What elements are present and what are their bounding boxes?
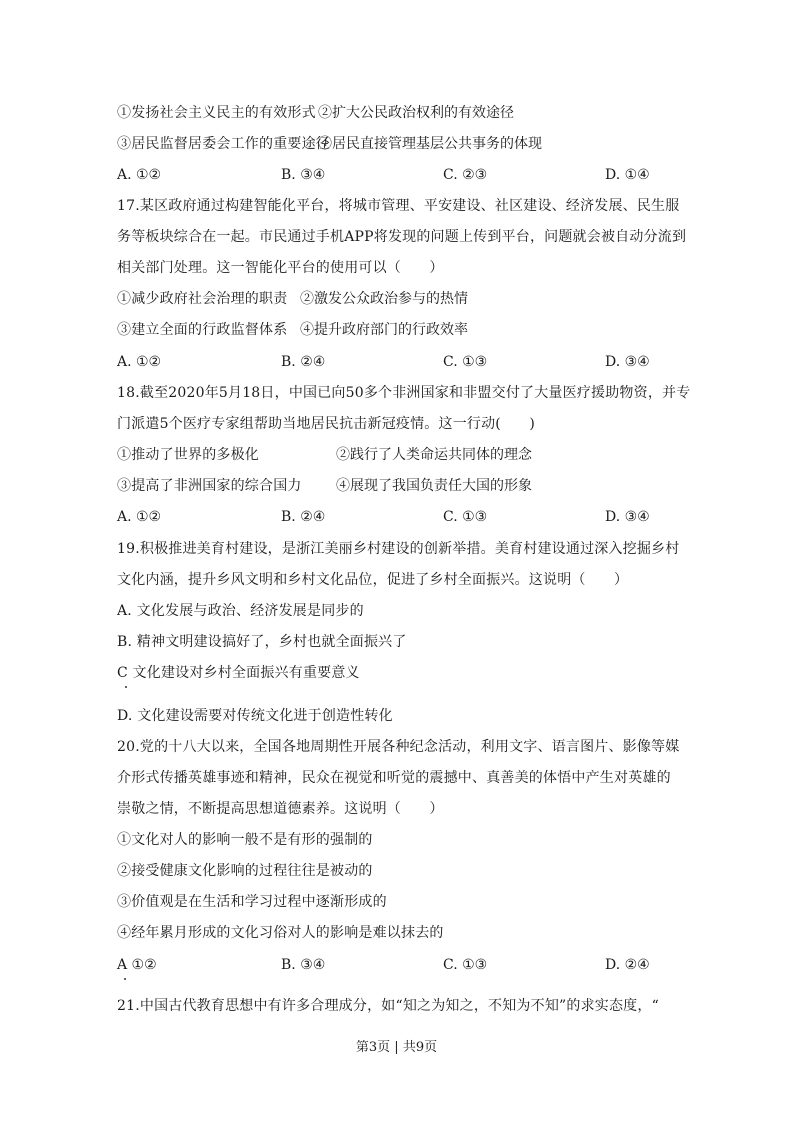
page-number-footer: 第3页 | 共9页 — [0, 1040, 793, 1056]
q18-statement-2: ②践行了人类命运共同体的理念 — [336, 446, 532, 464]
stray-dot — [125, 686, 127, 688]
q18-option-c: C. ①③ — [443, 508, 487, 526]
q16-statement-4: ④居民直接管理基层公共事务的体现 — [318, 135, 542, 153]
q20-option-c: C. ①③ — [443, 956, 487, 974]
document-page: ①发扬社会主义民主的有效形式 ②扩大公民政治权利的有效途径 ③居民监督居委会工作… — [0, 0, 793, 1122]
q17-statement-4: ④提升政府部门的行政效率 — [300, 321, 468, 339]
q21-stem-line-1: 21.中国古代教育思想中有许多合理成分，如“知之为知之，不知为不知”的求实态度，… — [117, 997, 659, 1015]
q18-option-d: D. ③④ — [605, 508, 650, 526]
q17-option-d: D. ③④ — [605, 353, 650, 371]
q17-stem-line-2: 务等板块综合在一起。市民通过手机APP将发现的问题上传到平台，问题就会被自动分流… — [117, 228, 686, 246]
q19-option-d: D. 文化建设需要对传统文化进于创造性转化 — [117, 707, 393, 725]
q20-statement-2: ②接受健康文化影响的过程往往是被动的 — [117, 862, 373, 880]
q17-stem-line-1: 17.某区政府通过构建智能化平台，将城市管理、平安建设、社区建设、经济发展、民生… — [117, 197, 679, 215]
q16-option-d: D. ①④ — [605, 166, 650, 184]
q18-option-b: B. ②④ — [281, 508, 325, 526]
q19-stem-line-2: 文化内涵，提升乡风文明和乡村文化品位，促进了乡村全面振兴。这说明（ ） — [117, 571, 628, 589]
q20-stem-line-2: 介形式传播英雄事迹和精神，民众在视觉和听觉的震撼中、真善美的体悟中产生对英雄的 — [117, 769, 671, 787]
q17-statement-2: ②激发公众政治参与的热情 — [300, 290, 468, 308]
q16-option-a: A. ①② — [117, 166, 161, 184]
q20-option-d: D. ②④ — [605, 956, 650, 974]
q18-statement-3: ③提高了非洲国家的综合国力 — [117, 477, 302, 495]
q17-statement-1: ①减少政府社会治理的职责 — [117, 290, 287, 308]
q20-stem-line-1: 20.党的十八大以来，全国各地周期性开展各种纪念活动，利用文字、语言图片、影像等… — [117, 738, 679, 756]
q18-statement-1: ①推动了世界的多极化 — [117, 446, 259, 464]
q18-stem-line-2: 门派遣5个医疗专家组帮助当地居民抗击新冠疫情。这一行动( ) — [117, 415, 535, 433]
q16-statement-1: ①发扬社会主义民主的有效形式 — [117, 104, 316, 122]
q17-option-b: B. ②④ — [281, 353, 325, 371]
q16-statement-3: ③居民监督居委会工作的重要途径 — [117, 135, 330, 153]
q19-option-c: C 文化建设对乡村全面振兴有重要意义 — [117, 664, 360, 682]
q18-statement-4: ④展现了我国负责任大国的形象 — [336, 477, 532, 495]
q20-statement-3: ③价值观是在生活和学习过程中逐渐形成的 — [117, 893, 387, 911]
q16-statement-2: ②扩大公民政治权利的有效途径 — [318, 104, 514, 122]
q20-option-a: A ①② — [117, 956, 157, 974]
q18-stem-line-1: 18.截至2020年5月18日，中国已向50多个非洲国家和非盟交付了大量医疗援助… — [117, 384, 690, 402]
q19-option-b: B. 精神文明建设搞好了，乡村也就全面振兴了 — [117, 633, 407, 651]
stray-dot — [124, 978, 126, 980]
q17-statement-3: ③建立全面的行政监督体系 — [117, 321, 287, 339]
q17-option-a: A. ①② — [117, 353, 161, 371]
q19-option-a: A. 文化发展与政治、经济发展是同步的 — [117, 602, 364, 620]
q17-stem-line-3: 相关部门处理。这一智能化平台的使用可以（ ） — [117, 259, 444, 277]
q20-statement-1: ①文化对人的影响一般不是有形的强制的 — [117, 831, 373, 849]
q19-stem-line-1: 19.积极推进美育村建设，是浙江美丽乡村建设的创新举措。美育村建设通过深入挖掘乡… — [117, 540, 679, 558]
q16-option-b: B. ③④ — [281, 166, 325, 184]
q20-option-b: B. ③④ — [281, 956, 325, 974]
q20-stem-line-3: 崇敬之情，不断提高思想道德素养。这说明（ ） — [117, 800, 444, 818]
q17-option-c: C. ①③ — [443, 353, 487, 371]
q16-option-c: C. ②③ — [443, 166, 487, 184]
q20-statement-4: ④经年累月形成的文化习俗对人的影响是难以抹去的 — [117, 924, 444, 942]
q18-option-a: A. ①② — [117, 508, 161, 526]
